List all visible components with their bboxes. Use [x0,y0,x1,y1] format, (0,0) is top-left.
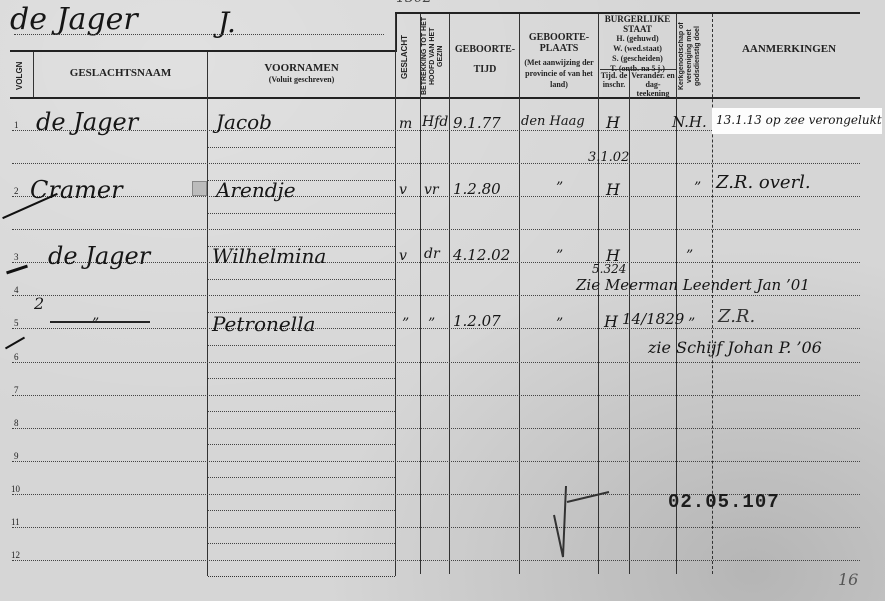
row-number: 7 [14,385,34,395]
card-number: 1302 [396,0,432,6]
row1-remarks: 13.1.13 op zee verongelukt [716,113,882,127]
row3-relation: dr [424,246,440,262]
voornamen-subline [208,279,395,280]
row5-relation: ” [428,316,435,332]
row-number: 4 [14,285,34,295]
header-kerkgenootschap: Kerkgenootschap of vereeniging met godsd… [678,16,710,96]
header-tijd-inschr: Tijd. de inschr. [599,71,629,89]
row5-remarks: Z.R. [718,306,755,327]
row-number: 5 [14,318,34,328]
row5-status-change: 14/1829 [622,310,684,328]
voornamen-bottom [208,576,395,577]
code-s: S. (gescheiden) [599,54,676,64]
row-number: 9 [14,451,34,461]
row3-sex: v [399,248,407,264]
col-rule-geboorteplaats [519,14,520,574]
margin-tick-mark [5,337,25,350]
checkbox-marker-icon [192,181,207,196]
row1-sex: m [399,116,412,132]
row-line-12 [12,560,860,561]
check-mark-icon [555,485,571,555]
col-rule-geboortetijd [449,14,450,574]
row5-birth-date: 1.2.07 [453,312,501,330]
row1-birth-place: den Haag [521,114,585,129]
row5-surname: ” [92,316,99,332]
voornamen-subline [208,510,395,511]
row2-birth-date: 1.2.80 [453,180,501,198]
row-line-5 [12,328,860,329]
voornamen-subline [208,345,395,346]
row5-first-names: Petronella [212,312,315,336]
row2-status-change: 3.1.02 [588,150,629,165]
voornamen-subline [208,477,395,478]
row5-sex: ” [402,316,409,332]
row3-birth-place: ” [556,248,563,264]
row-number: 11 [11,517,31,527]
header-geboorteplaats: GEBOORTE- PLAATS (Met aanwijzing der pro… [520,32,598,90]
col-rule-aanmerkingen [712,14,713,574]
header-betrekking: BETREKKING TOT HET HOOFD VAN HET GEZIN [421,16,449,96]
header-burgerlijke-staat-label: BURGERLIJKE STAAT [605,14,671,34]
row-line-9 [12,461,860,462]
header-voornamen-label: VOORNAMEN [264,62,338,74]
voornamen-subline [208,543,395,544]
code-w: W. (wed.staat) [599,44,676,54]
row-line-8 [12,428,860,429]
voornamen-subline [208,411,395,412]
header-voornamen-sub: (Voluit geschreven) [208,74,395,85]
row4-annotation-number: 5.324 [592,262,626,276]
header-geboortetijd: GEBOORTE- TIJD [452,40,518,80]
row1-civil-status: H [606,113,620,132]
header-voornamen: VOORNAMEN (Voluit geschreven) [208,63,395,85]
header-geboorteplaats-sub: (Met aanwijzing der provincie of van het… [520,57,598,90]
row-line-11 [12,527,860,528]
header-burgerlijke-staat: BURGERLIJKE STAAT H. (gehuwd) W. (wed.st… [599,14,676,74]
row1-first-names: Jacob [216,110,272,134]
row-number: 10 [11,484,31,494]
row-line-7 [12,395,860,396]
code-h: H. (gehuwd) [599,34,676,44]
col-rule-kerkgenootschap [676,14,677,574]
header-top-rule-left [10,50,396,52]
row5-birth-place: ” [556,316,563,332]
row-line-4 [12,295,860,296]
row5-civil-status: H [604,312,618,331]
bottom-mark: 16 [838,570,858,589]
voornamen-subline [208,444,395,445]
row2-civil-status: H [606,180,620,199]
row1-surname: de Jager [36,108,138,136]
voornamen-subline [208,378,395,379]
margin-mark: 2 [34,294,44,313]
header-surname: de Jager [10,2,138,37]
voornamen-subline [208,213,395,214]
header-bottom-rule [10,97,860,99]
header-dotted-line [14,34,384,35]
header-volgn: VOLGN [15,58,27,94]
header-geboorteplaats-label: GEBOORTE- PLAATS [529,32,589,54]
header-verander: Verander. en dag- teekening [630,71,676,98]
row3-first-names: Wilhelmina [212,244,326,268]
row-number: 12 [11,550,31,560]
row5-surname-dash [50,321,150,323]
row1-religion: N.H. [672,113,707,131]
row-line-2b [12,229,860,230]
stamp-number: 02.05.107 [668,491,780,513]
row1-relation: Hfd [422,114,448,130]
margin-bracket-mark [6,265,28,275]
row2-birth-place: ” [556,180,563,196]
header-geslacht: GESLACHT [400,20,414,94]
row-line-1b [12,163,860,164]
row2-first-names: Arendje [216,178,296,202]
row-line-6 [12,362,860,363]
row5-religion: ” [688,316,695,332]
row1-birth-date: 9.1.77 [453,114,501,132]
row2-remarks: Z.R. overl. [716,172,811,193]
voornamen-subline [208,147,395,148]
col-rule-betrekking [420,14,421,574]
row-number: 8 [14,418,34,428]
registration-card: de Jager J. 1302 VOLGN GESLACHTSNAAM VOO… [0,0,885,601]
row2-sex: v [399,182,407,198]
header-geslachtsnaam: GESLACHTSNAAM [34,68,207,79]
row4-annotation: Zie Meerman Leendert Jan ’01 [576,276,810,294]
row-number: 6 [14,352,34,362]
row-number: 3 [14,252,34,262]
row2-religion: ” [694,180,701,196]
header-aanmerkingen: AANMERKINGEN [714,44,864,55]
row2-relation: vr [424,182,439,198]
row3-birth-date: 4.12.02 [453,246,510,264]
row6-annotation: zie Schijf Johan P. ’06 [648,338,822,357]
row3-religion: ” [686,248,693,264]
row3-surname: de Jager [48,242,150,270]
row-number: 1 [14,120,34,130]
